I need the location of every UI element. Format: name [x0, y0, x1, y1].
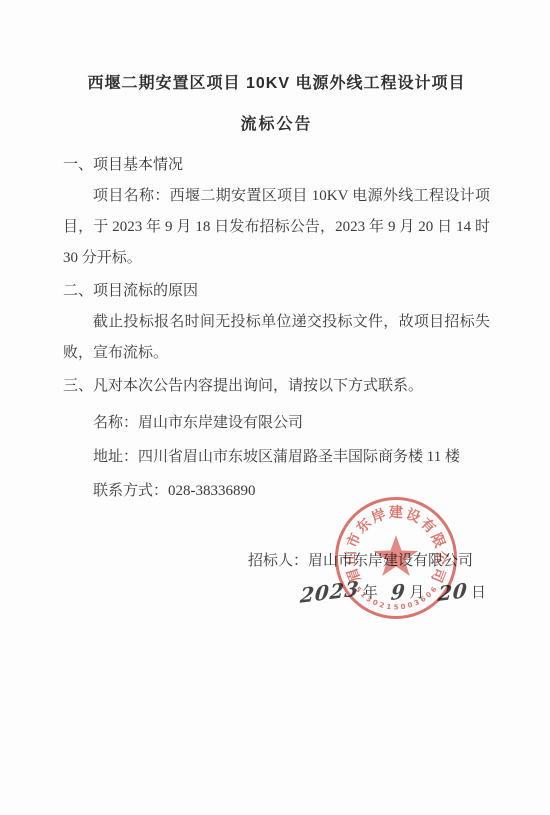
section-1-paragraph: 项目名称：西堰二期安置区项目 10KV 电源外线工程设计项目，于 2023 年 … — [63, 181, 490, 274]
contact-phone: 联系方式：028-38336890 — [63, 474, 490, 508]
document-title-line1: 西堰二期安置区项目 10KV 电源外线工程设计项目 — [63, 72, 490, 95]
contact-name: 名称：眉山市东岸建设有限公司 — [63, 406, 490, 440]
seal-star-icon — [373, 535, 419, 579]
day-label: 日 — [471, 585, 487, 601]
section-2-heading: 二、项目流标的原因 — [63, 276, 490, 307]
section-1-heading: 一、项目基本情况 — [63, 150, 490, 181]
company-seal: 眉山市东岸建设有限公司 5130215003606 — [335, 497, 457, 619]
contact-address: 地址：四川省眉山市东坡区蒲眉路圣丰国际商务楼 11 楼 — [63, 440, 490, 474]
document-title-line2: 流标公告 — [63, 113, 490, 136]
contact-block: 名称：眉山市东岸建设有限公司 地址：四川省眉山市东坡区蒲眉路圣丰国际商务楼 11… — [63, 406, 490, 508]
document-page: 西堰二期安置区项目 10KV 电源外线工程设计项目 流标公告 一、项目基本情况 … — [0, 0, 550, 815]
section-2-paragraph: 截止投标报名时间无投标单位递交投标文件，故项目招标失败，宣布流标。 — [63, 307, 490, 369]
section-3-heading: 三、凡对本次公告内容提出询问，请按以下方式联系。 — [63, 371, 490, 402]
